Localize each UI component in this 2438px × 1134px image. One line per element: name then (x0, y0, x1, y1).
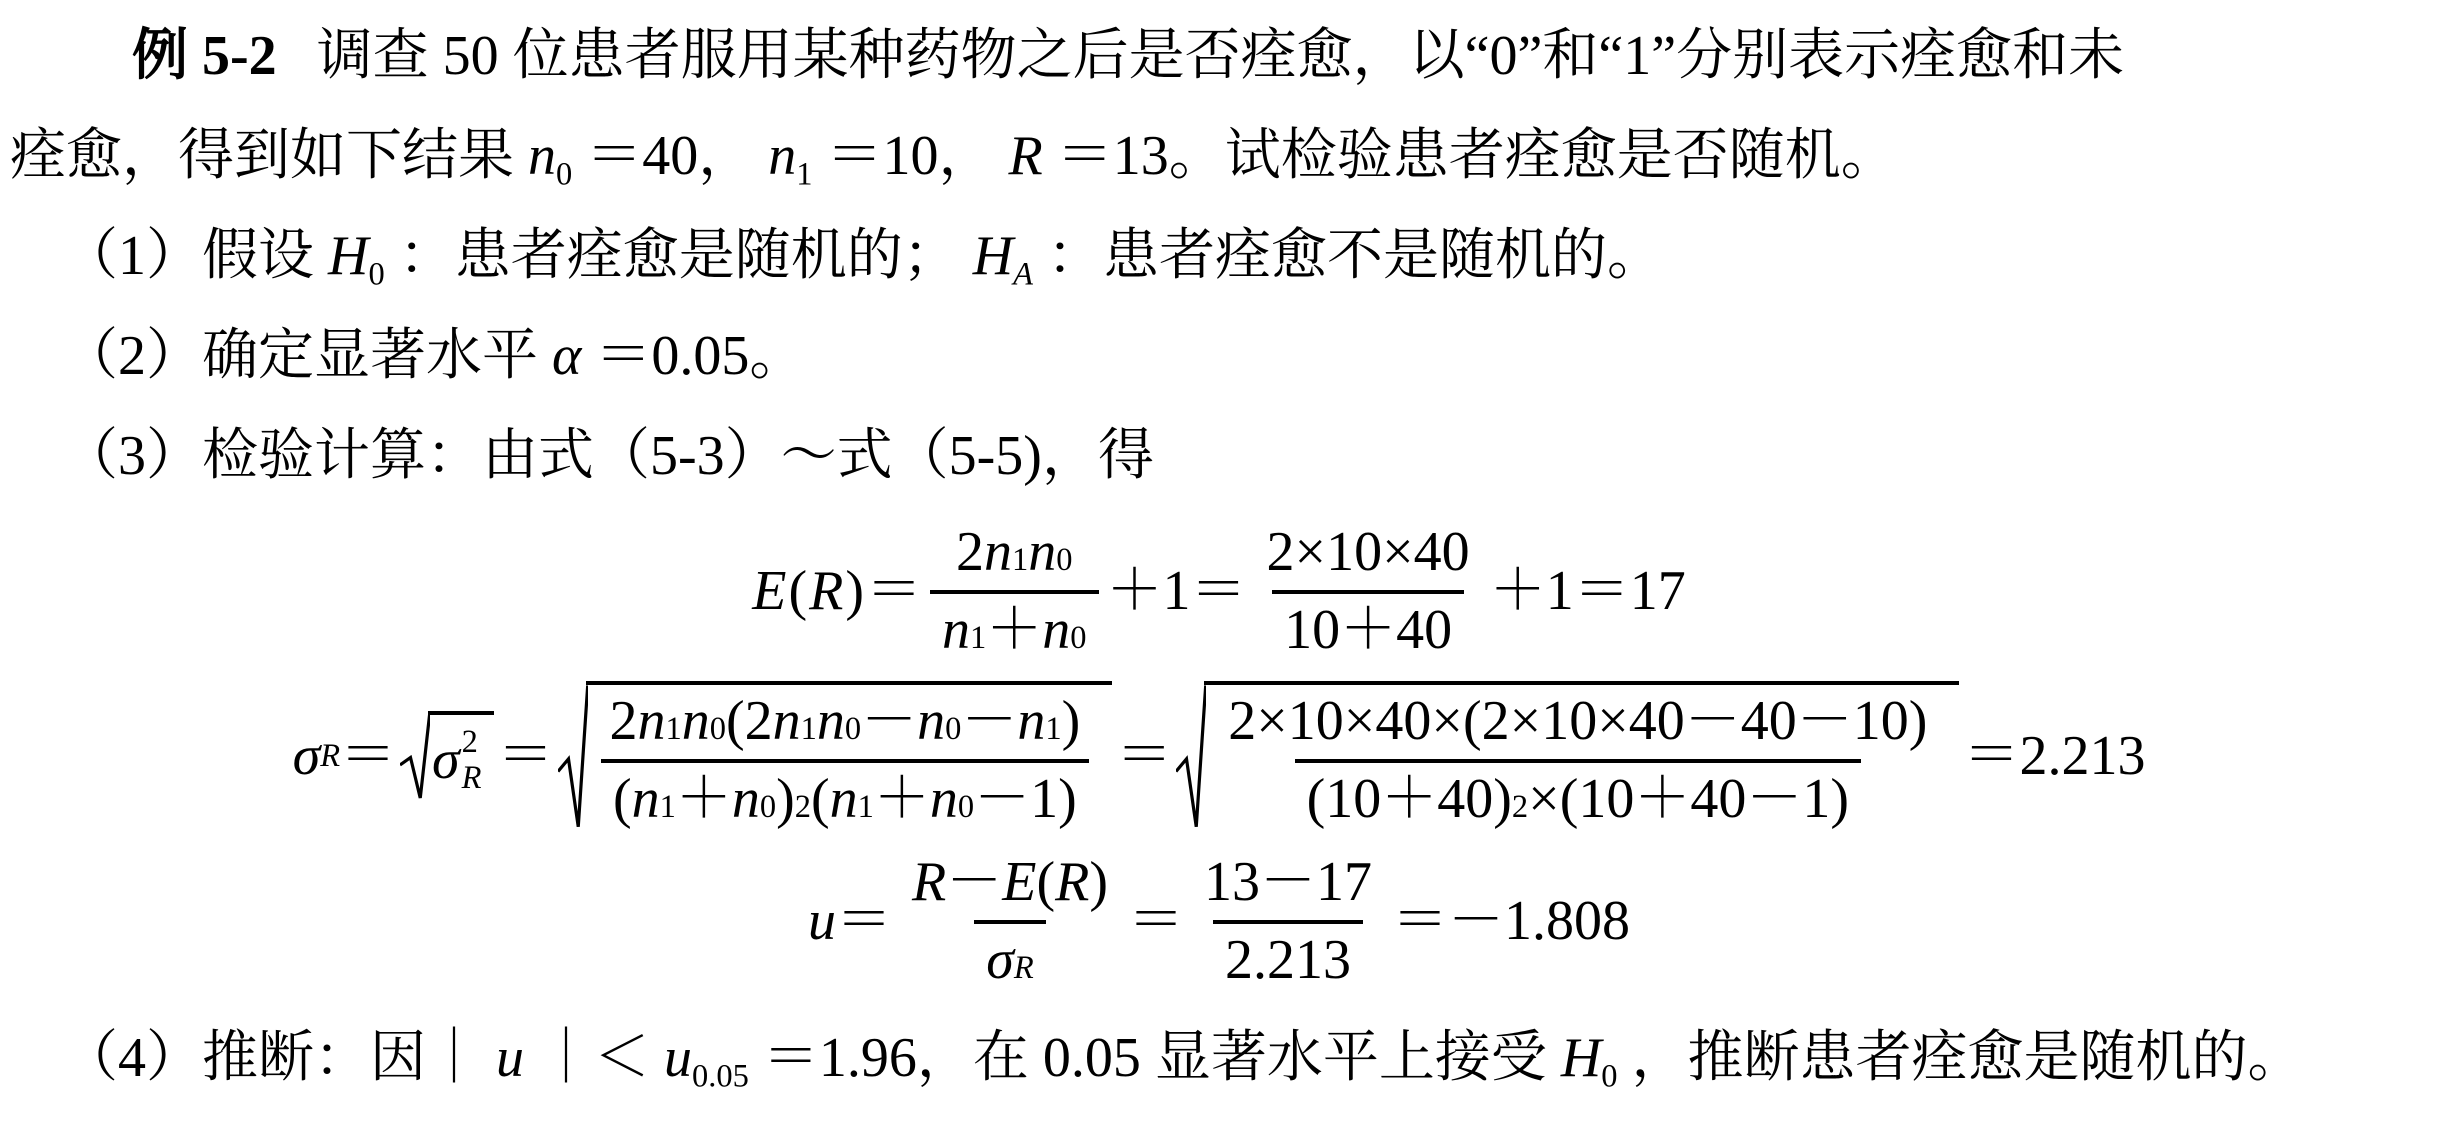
math-subscript: 1 (796, 156, 812, 192)
stacked-scripts: 2 R (462, 724, 482, 797)
math-variable-u: u (808, 889, 836, 953)
square-root: σ 2 R (400, 711, 493, 801)
math-subscript: R (462, 760, 482, 796)
math-variable-sigma: σ (432, 728, 460, 792)
math-variable-R: R (1008, 125, 1042, 187)
radicand: σ 2 R (428, 711, 493, 801)
math-variable-alpha: α (552, 325, 581, 387)
radical-sign-icon (1176, 681, 1206, 832)
text-run: 2.213 (1225, 928, 1351, 992)
radical-sign-icon (558, 681, 588, 832)
text-run: －1) (974, 767, 1077, 831)
fraction: 2n1n0(2n1n0－n0－n1) (n1＋n0)2(n1＋n0－1) (598, 689, 1093, 832)
text-run: ：患者痊愈不是随机的。 (1047, 225, 1663, 287)
formula-expected-runs: E (R) ＝ 2n1n0 n1＋n0 ＋1＝ 2×10×40 10＋40 ＋1… (10, 520, 2428, 663)
text-run: ( (1036, 850, 1055, 914)
fraction-denominator: σR (974, 920, 1045, 992)
plus-sign: ＋ (874, 767, 930, 831)
minus-sign: － (961, 689, 1017, 753)
fraction-denominator: 10＋40 (1272, 590, 1464, 662)
math-variable-n: n (632, 767, 660, 831)
text-run: ( (789, 559, 808, 623)
text-run: 2 (745, 689, 773, 753)
text-run: 10＋40 (1284, 598, 1452, 662)
equals-sign: ＝ (498, 724, 554, 788)
math-variable-E: E (1002, 850, 1036, 914)
math-variable-u: u (664, 1027, 692, 1089)
math-variable-n: n (682, 689, 710, 753)
text-run: 2 (610, 689, 638, 753)
fraction: 2n1n0 n1＋n0 (930, 520, 1098, 663)
fraction: 2×10×40 10＋40 (1255, 520, 1482, 663)
math-variable-n: n (1042, 598, 1070, 662)
math-variable-E: E (752, 559, 786, 623)
minus-sign: － (861, 689, 917, 753)
document-page: 例 5-2 调查 50 位患者服用某种药物之后是否痊愈，以“0”和“1”分别表示… (0, 0, 2438, 1108)
fraction-denominator: 2.213 (1213, 920, 1363, 992)
text-run: （3）检验计算：由式（5-3）～式（5-5)，得 (62, 425, 1154, 487)
fraction-numerator: 2n1n0(2n1n0－n0－n1) (598, 689, 1093, 759)
text-run: ) (845, 559, 864, 623)
text-run: ) (776, 767, 795, 831)
text-run: （1）假设 (62, 225, 328, 287)
text-run: ＝10， (826, 125, 994, 187)
text-run: ( (726, 689, 745, 753)
math-variable-R: R (809, 559, 843, 623)
math-variable-H: H (1561, 1027, 1601, 1089)
fraction-numerator: 2×10×40×(2×10×40－40－10) (1216, 689, 1939, 759)
math-subscript: 0 (368, 256, 384, 292)
math-variable-R: R (912, 850, 946, 914)
math-variable-n: n (930, 767, 958, 831)
step3-calculation-intro: （3）检验计算：由式（5-3）～式（5-5)，得 (10, 406, 2428, 506)
math-variable-n: n (917, 689, 945, 753)
math-variable-R: R (1055, 850, 1089, 914)
formula-sigma-r: σR ＝ σ 2 R ＝ 2n1n0(2n1n0－n0－n1) (10, 681, 2428, 832)
example-label: 例 5-2 (132, 25, 277, 87)
text-run: ：患者痊愈是随机的； (399, 225, 959, 287)
radicand: 2n1n0(2n1n0－n0－n1) (n1＋n0)2(n1＋n0－1) (586, 681, 1113, 832)
paragraph-intro-line1: 例 5-2 调查 50 位患者服用某种药物之后是否痊愈，以“0”和“1”分别表示… (10, 6, 2428, 106)
text-run: ＋1＝ (1107, 559, 1247, 623)
text-run: 2×10×40 (1267, 520, 1470, 584)
plus-sign: ＋ (986, 598, 1042, 662)
text-run: ＝0.05。 (595, 325, 805, 387)
text-run: ) (1062, 689, 1081, 753)
text-run: ＝－1.808 (1392, 889, 1630, 953)
fraction-numerator: 13－17 (1192, 850, 1384, 920)
text-run: ＝13。试检验患者痊愈是否随机。 (1057, 125, 1897, 187)
text-run: （4）推断：因｜ (62, 1027, 482, 1089)
math-variable-n: n (768, 125, 796, 187)
math-superscript: 2 (462, 724, 478, 760)
fraction: 13－17 2.213 (1192, 850, 1384, 993)
text-run: ( (613, 767, 632, 831)
fraction-numerator: R－E(R) (900, 850, 1120, 920)
math-variable-n: n (528, 125, 556, 187)
fraction-denominator: n1＋n0 (930, 590, 1098, 662)
paragraph-intro-line2: 痊愈，得到如下结果 n0 ＝40， n1 ＝10， R ＝13。试检验患者痊愈是… (10, 106, 2428, 206)
math-variable-H: H (973, 225, 1013, 287)
text-run: 调查 50 位患者服用某种药物之后是否痊愈，以“0”和“1”分别表示痊愈和未 (317, 25, 2124, 87)
radicand: 2×10×40×(2×10×40－40－10) (10＋40)2×(10＋40－… (1204, 681, 1959, 832)
math-variable-sigma: σ (293, 724, 321, 788)
text-run: ＝40， (586, 125, 754, 187)
text-run: ＋1＝17 (1490, 559, 1686, 623)
plus-sign: ＋ (676, 767, 732, 831)
math-variable-n: n (984, 520, 1012, 584)
math-subscript: 0.05 (692, 1059, 749, 1095)
text-run: ＝2.213 (1963, 724, 2145, 788)
math-variable-n: n (830, 767, 858, 831)
radical-sign-icon (400, 711, 430, 801)
fraction-numerator: 2n1n0 (944, 520, 1084, 590)
math-variable-n: n (942, 598, 970, 662)
fraction: 2×10×40×(2×10×40－40－10) (10＋40)2×(10＋40－… (1216, 689, 1939, 832)
equals-sign: ＝ (1128, 889, 1184, 953)
text-run: 2 (956, 520, 984, 584)
text-run: ×(10＋40－1) (1528, 767, 1849, 831)
math-variable-sigma: σ (986, 928, 1014, 992)
math-variable-n: n (1028, 520, 1056, 584)
minus-sign: － (946, 850, 1002, 914)
math-variable-u: u (496, 1027, 524, 1089)
fraction: R－E(R) σR (900, 850, 1120, 993)
math-subscript: A (1013, 256, 1033, 292)
fraction-denominator: (n1＋n0)2(n1＋n0－1) (601, 759, 1089, 831)
math-variable-n: n (817, 689, 845, 753)
square-root: 2n1n0(2n1n0－n0－n1) (n1＋n0)2(n1＋n0－1) (558, 681, 1113, 832)
equals-sign: ＝ (340, 724, 396, 788)
equals-sign: ＝ (836, 889, 892, 953)
text-run: ) (1089, 850, 1108, 914)
equals-sign: ＝ (866, 559, 922, 623)
step4-conclusion: （4）推断：因｜ u ｜＜ u0.05 ＝1.96，在 0.05 显著水平上接受… (10, 1008, 2428, 1108)
equals-sign: ＝ (1116, 724, 1172, 788)
math-variable-H: H (328, 225, 368, 287)
text-run: （2）确定显著水平 (62, 325, 552, 387)
math-variable-n: n (638, 689, 666, 753)
fraction-denominator: (10＋40)2×(10＋40－1) (1295, 759, 1861, 831)
text-run: 痊愈，得到如下结果 (10, 125, 528, 187)
math-variable-n: n (732, 767, 760, 831)
text-run: 13－17 (1204, 850, 1372, 914)
math-subscript: 0 (1601, 1059, 1617, 1095)
text-run: 2×10×40×(2×10×40－40－10) (1228, 689, 1927, 753)
fraction-numerator: 2×10×40 (1255, 520, 1482, 590)
text-run: ｜＜ (538, 1027, 650, 1089)
math-subscript: 0 (556, 156, 572, 192)
formula-u-statistic: u ＝ R－E(R) σR ＝ 13－17 2.213 ＝－1.808 (10, 850, 2428, 993)
math-variable-n: n (773, 689, 801, 753)
square-root: 2×10×40×(2×10×40－40－10) (10＋40)2×(10＋40－… (1176, 681, 1959, 832)
text-run: ＝1.96，在 0.05 显著水平上接受 (763, 1027, 1561, 1089)
math-variable-n: n (1017, 689, 1045, 753)
step1-hypotheses: （1）假设 H0 ：患者痊愈是随机的； HA ：患者痊愈不是随机的。 (10, 206, 2428, 306)
text-run: ，推断患者痊愈是随机的。 (1632, 1027, 2304, 1089)
step2-significance-level: （2）确定显著水平 α ＝0.05。 (10, 306, 2428, 406)
text-run: ( (811, 767, 830, 831)
text-run: (10＋40) (1307, 767, 1512, 831)
